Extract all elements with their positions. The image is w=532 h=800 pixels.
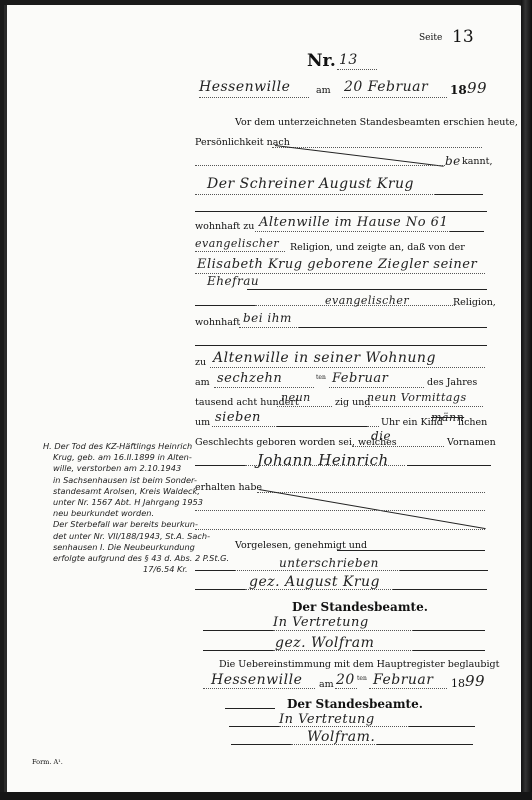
margin-note-line: unter Nr. 1567 Abt. H Jahrgang 1953 (43, 497, 229, 508)
declarant-signature: gez. August Krug (249, 574, 380, 590)
margin-note-line: H. Der Tod des KZ-Häftlings Heinrich (43, 441, 229, 452)
entry-number: 13 (339, 52, 358, 68)
bekannt-printed: kannt, (462, 156, 493, 167)
intro-line-1: Vor dem unterzeichneten Standesbeamten e… (235, 117, 532, 128)
margin-note-line: erfolgte aufgrund des § 43 d. Abs. 2 P.S… (43, 553, 229, 564)
registrar-title: Der Standesbeamte. (292, 600, 428, 614)
certification-deputy: In Vertretung (279, 712, 375, 727)
margin-note-line: standesamt Arolsen, Kreis Waldeck, (43, 486, 229, 497)
margin-note-line: Der Sterbefall war bereits beurkun- (43, 519, 229, 530)
religion-text: Religion, und zeigte an, daß von der (290, 242, 465, 253)
mother-name-cont: Ehefrau (207, 274, 259, 288)
mother-name: Elisabeth Krug geborene Ziegler seiner (197, 257, 477, 272)
birth-hour: sieben (215, 410, 261, 425)
declarant-residence: Altenwille im Hause No 61 (259, 215, 448, 230)
um-label: um (195, 417, 210, 428)
birth-day: sechzehn (217, 371, 282, 386)
form-label: Form. A¹. (32, 758, 63, 766)
certification-day: 20 (336, 672, 355, 688)
margin-note-line: neu beurkundet worden. (43, 508, 229, 519)
margin-note-line: in Sachsenhausen ist beim Sonder- (43, 475, 229, 486)
certification-ten: ten (357, 675, 367, 682)
certification-am: am (319, 679, 334, 690)
birth-decade: neun (281, 391, 311, 404)
margin-note-line: wille, verstorben am 2.10.1943 (43, 463, 229, 474)
book-spine-edge (521, 0, 532, 800)
certification-text: Die Uebereinstimmung mit dem Hauptregist… (219, 659, 499, 670)
page-label: Seite (419, 33, 442, 43)
year-prefix: 18 (450, 83, 467, 97)
certification-registrar-title: Der Standesbeamte. (287, 697, 423, 711)
scan-bottom-edge (0, 792, 532, 800)
register-page: Seite 13 Nr. 13 Hessenwille am 20 Februa… (4, 5, 524, 792)
page-number: 13 (452, 27, 474, 47)
certification-year-prefix: 18 (451, 677, 465, 690)
birth-month: Februar (332, 371, 388, 386)
margin-note-line: senhausen I. Die Neubeurkundung (43, 542, 229, 553)
child-name: Johann Heinrich (257, 451, 389, 469)
welches-handwritten: die (371, 429, 391, 443)
birth-place: Altenwille in seiner Wohnung (213, 350, 436, 366)
declarant-religion: evangelischer (195, 237, 279, 250)
mother-wohnhaft-label: wohnhaft (195, 317, 240, 328)
registration-date: 20 Februar (344, 79, 428, 95)
certification-year-suffix: 99 (465, 672, 485, 690)
margin-note-line: det unter Nr. VII/188/1943, St.A. Sach- (43, 531, 229, 542)
wohnhaft-label: wohnhaft zu (195, 221, 254, 232)
ten-label: ten (316, 374, 326, 381)
registrar-deputy: In Vertretung (273, 615, 369, 630)
place-of-registration: Hessenwille (199, 79, 290, 95)
margin-note-signature: 17/6.54 Kr. (43, 564, 229, 575)
declarant-name: Der Schreiner August Krug (207, 176, 414, 192)
bekannt-handwritten: be (445, 154, 461, 168)
am-label: am (316, 85, 331, 96)
certification-month: Februar (373, 672, 433, 688)
zu-label: zu (195, 357, 206, 368)
margin-annotation: H. Der Tod des KZ-Häftlings Heinrich Kru… (43, 441, 229, 575)
margin-note-line: Krug, geb. am 16.II.1899 in Alten- (43, 452, 229, 463)
sex-suffix: lichen (458, 417, 487, 428)
entry-label: Nr. (307, 51, 336, 71)
vornamen-label: Vornamen (447, 437, 496, 448)
birth-unit-time: neun Vormittags (367, 391, 467, 404)
am-label-birth: am (195, 377, 210, 388)
year-suffix: 99 (467, 79, 487, 97)
certification-signature: Wolfram. (307, 729, 375, 745)
mother-religion-label: Religion, (453, 297, 496, 308)
registrar-signature: gez. Wolfram (275, 635, 374, 651)
certification-place: Hessenwille (211, 672, 302, 688)
mother-residence: bei ihm (243, 311, 292, 325)
approval-signed: unterschrieben (279, 556, 379, 570)
des-jahres-label: des Jahres (427, 377, 477, 388)
